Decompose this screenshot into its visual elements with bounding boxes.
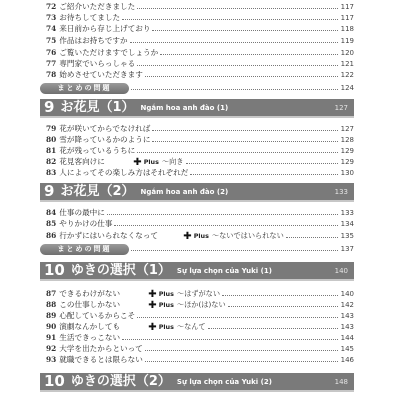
lesson-title: 人によってその楽しみ方はそれぞれだ [59, 168, 188, 178]
chapter-header-9-2[interactable]: 9 お花見（2） Ngắm hoa anh đào (2) 133 [40, 183, 354, 202]
page-number: 130 [340, 168, 354, 178]
lesson-number: 75 [46, 36, 56, 46]
lesson-title: 行かずにはいられなくなって [59, 231, 177, 241]
review-label: まとめの問題 [40, 244, 129, 255]
dot-leader [122, 339, 338, 340]
lesson-title: 作品はお持ちですか [59, 36, 127, 46]
dot-leader [228, 306, 338, 307]
page-number: 137 [340, 245, 354, 253]
dot-leader [145, 361, 338, 362]
chapter-page: 140 [335, 267, 348, 275]
chapter-subtitle: Ngắm hoa anh đào (1) [140, 104, 228, 112]
lesson-number: 86 [46, 231, 56, 241]
dot-leader [286, 237, 338, 238]
chapter-title: ゆきの選択（2） [71, 372, 171, 391]
toc-entry[interactable]: 83 人によってその楽しみ方はそれぞれだ 130 [46, 166, 354, 178]
dot-leader [122, 19, 338, 20]
dot-leader [137, 317, 338, 318]
review-entry[interactable]: まとめの問題 137 [40, 243, 354, 255]
dot-leader [152, 130, 338, 131]
dot-leader [137, 65, 338, 66]
dot-leader [145, 76, 338, 77]
page-number: 118 [340, 24, 354, 34]
dot-leader [137, 152, 338, 153]
dot-leader [190, 174, 338, 175]
chapter-number: 9 [44, 182, 54, 201]
plus-text: 〜ないではいられない [212, 231, 284, 241]
page-number: 124 [340, 84, 354, 92]
dot-leader [137, 8, 338, 9]
chapter-page: 127 [335, 104, 348, 112]
table-of-contents-page: 72 ご紹介いただきました 117 73 お待ちしてました 117 74 来日前… [0, 0, 400, 400]
lesson-number: 78 [46, 70, 56, 80]
lesson-title: やりかけの仕事 [59, 219, 112, 229]
plus-label: Plus [194, 231, 209, 241]
dot-leader [186, 163, 339, 164]
chapter-subtitle: Ngắm hoa anh đào (2) [140, 188, 228, 196]
chapter-title: お花見（2） [60, 182, 134, 201]
chapter-number: 10 [44, 261, 65, 280]
dot-leader [145, 350, 338, 351]
lesson-title: 来日前から存じ上げており [59, 24, 150, 34]
dot-leader [131, 89, 338, 90]
review-entry[interactable]: まとめの問題 124 [40, 82, 354, 94]
page-number: 135 [340, 231, 354, 241]
chapter-number: 10 [44, 372, 65, 391]
dot-leader [130, 42, 338, 43]
toc-entry[interactable]: 85 やりかけの仕事 134 [46, 217, 354, 229]
lesson-number: 85 [46, 219, 56, 229]
lesson-title: 始めさせていただきます [59, 70, 143, 80]
dot-leader [152, 30, 338, 31]
chapter-page: 148 [335, 378, 348, 386]
chapter-header-9-1[interactable]: 9 お花見（1） Ngắm hoa anh đào (1) 127 [40, 99, 354, 118]
dot-leader [107, 214, 338, 215]
plus-icon: ✚ [183, 232, 191, 241]
dot-leader [114, 225, 338, 226]
lesson-number: 83 [46, 168, 56, 178]
lesson-title: 就職できるとは限らない [59, 355, 143, 365]
chapter-header-10-2[interactable]: 10 ゆきの選択（2） Sự lựa chọn của Yuki (2) 148 [40, 373, 354, 392]
lesson-number: 74 [46, 24, 56, 34]
plus-note: ✚ Plus 〜ないではいられない [183, 231, 284, 241]
toc-entry[interactable]: 75 作品はお持ちですか 119 [46, 34, 354, 46]
dot-leader [152, 141, 338, 142]
chapter-subtitle: Sự lựa chọn của Yuki (2) [177, 378, 272, 386]
toc-entry[interactable]: 78 始めさせていただきます 122 [46, 68, 354, 80]
dot-leader [208, 328, 338, 329]
dot-leader [222, 295, 338, 296]
chapter-header-10-1[interactable]: 10 ゆきの選択（1） Sự lựa chọn của Yuki (1) 140 [40, 262, 354, 281]
lesson-number: 93 [46, 355, 56, 365]
chapter-page: 133 [335, 188, 348, 196]
chapter-title: ゆきの選択（1） [71, 261, 171, 280]
dot-leader [160, 54, 338, 55]
chapter-title: お花見（1） [60, 98, 134, 117]
review-label: まとめの問題 [40, 83, 129, 94]
toc-entry[interactable]: 74 来日前から存じ上げており 118 [46, 22, 354, 34]
page-number: 134 [340, 219, 354, 229]
chapter-number: 9 [44, 98, 54, 117]
page-number: 119 [340, 36, 354, 46]
chapter-subtitle: Sự lựa chọn của Yuki (1) [177, 267, 272, 275]
dot-leader [131, 250, 338, 251]
page-number: 122 [340, 70, 354, 80]
toc-entry[interactable]: 86 行かずにはいられなくなって ✚ Plus 〜ないではいられない 135 [46, 229, 354, 241]
toc-entry[interactable]: 93 就職できるとは限らない 146 [46, 353, 354, 365]
page-number: 146 [340, 355, 354, 365]
